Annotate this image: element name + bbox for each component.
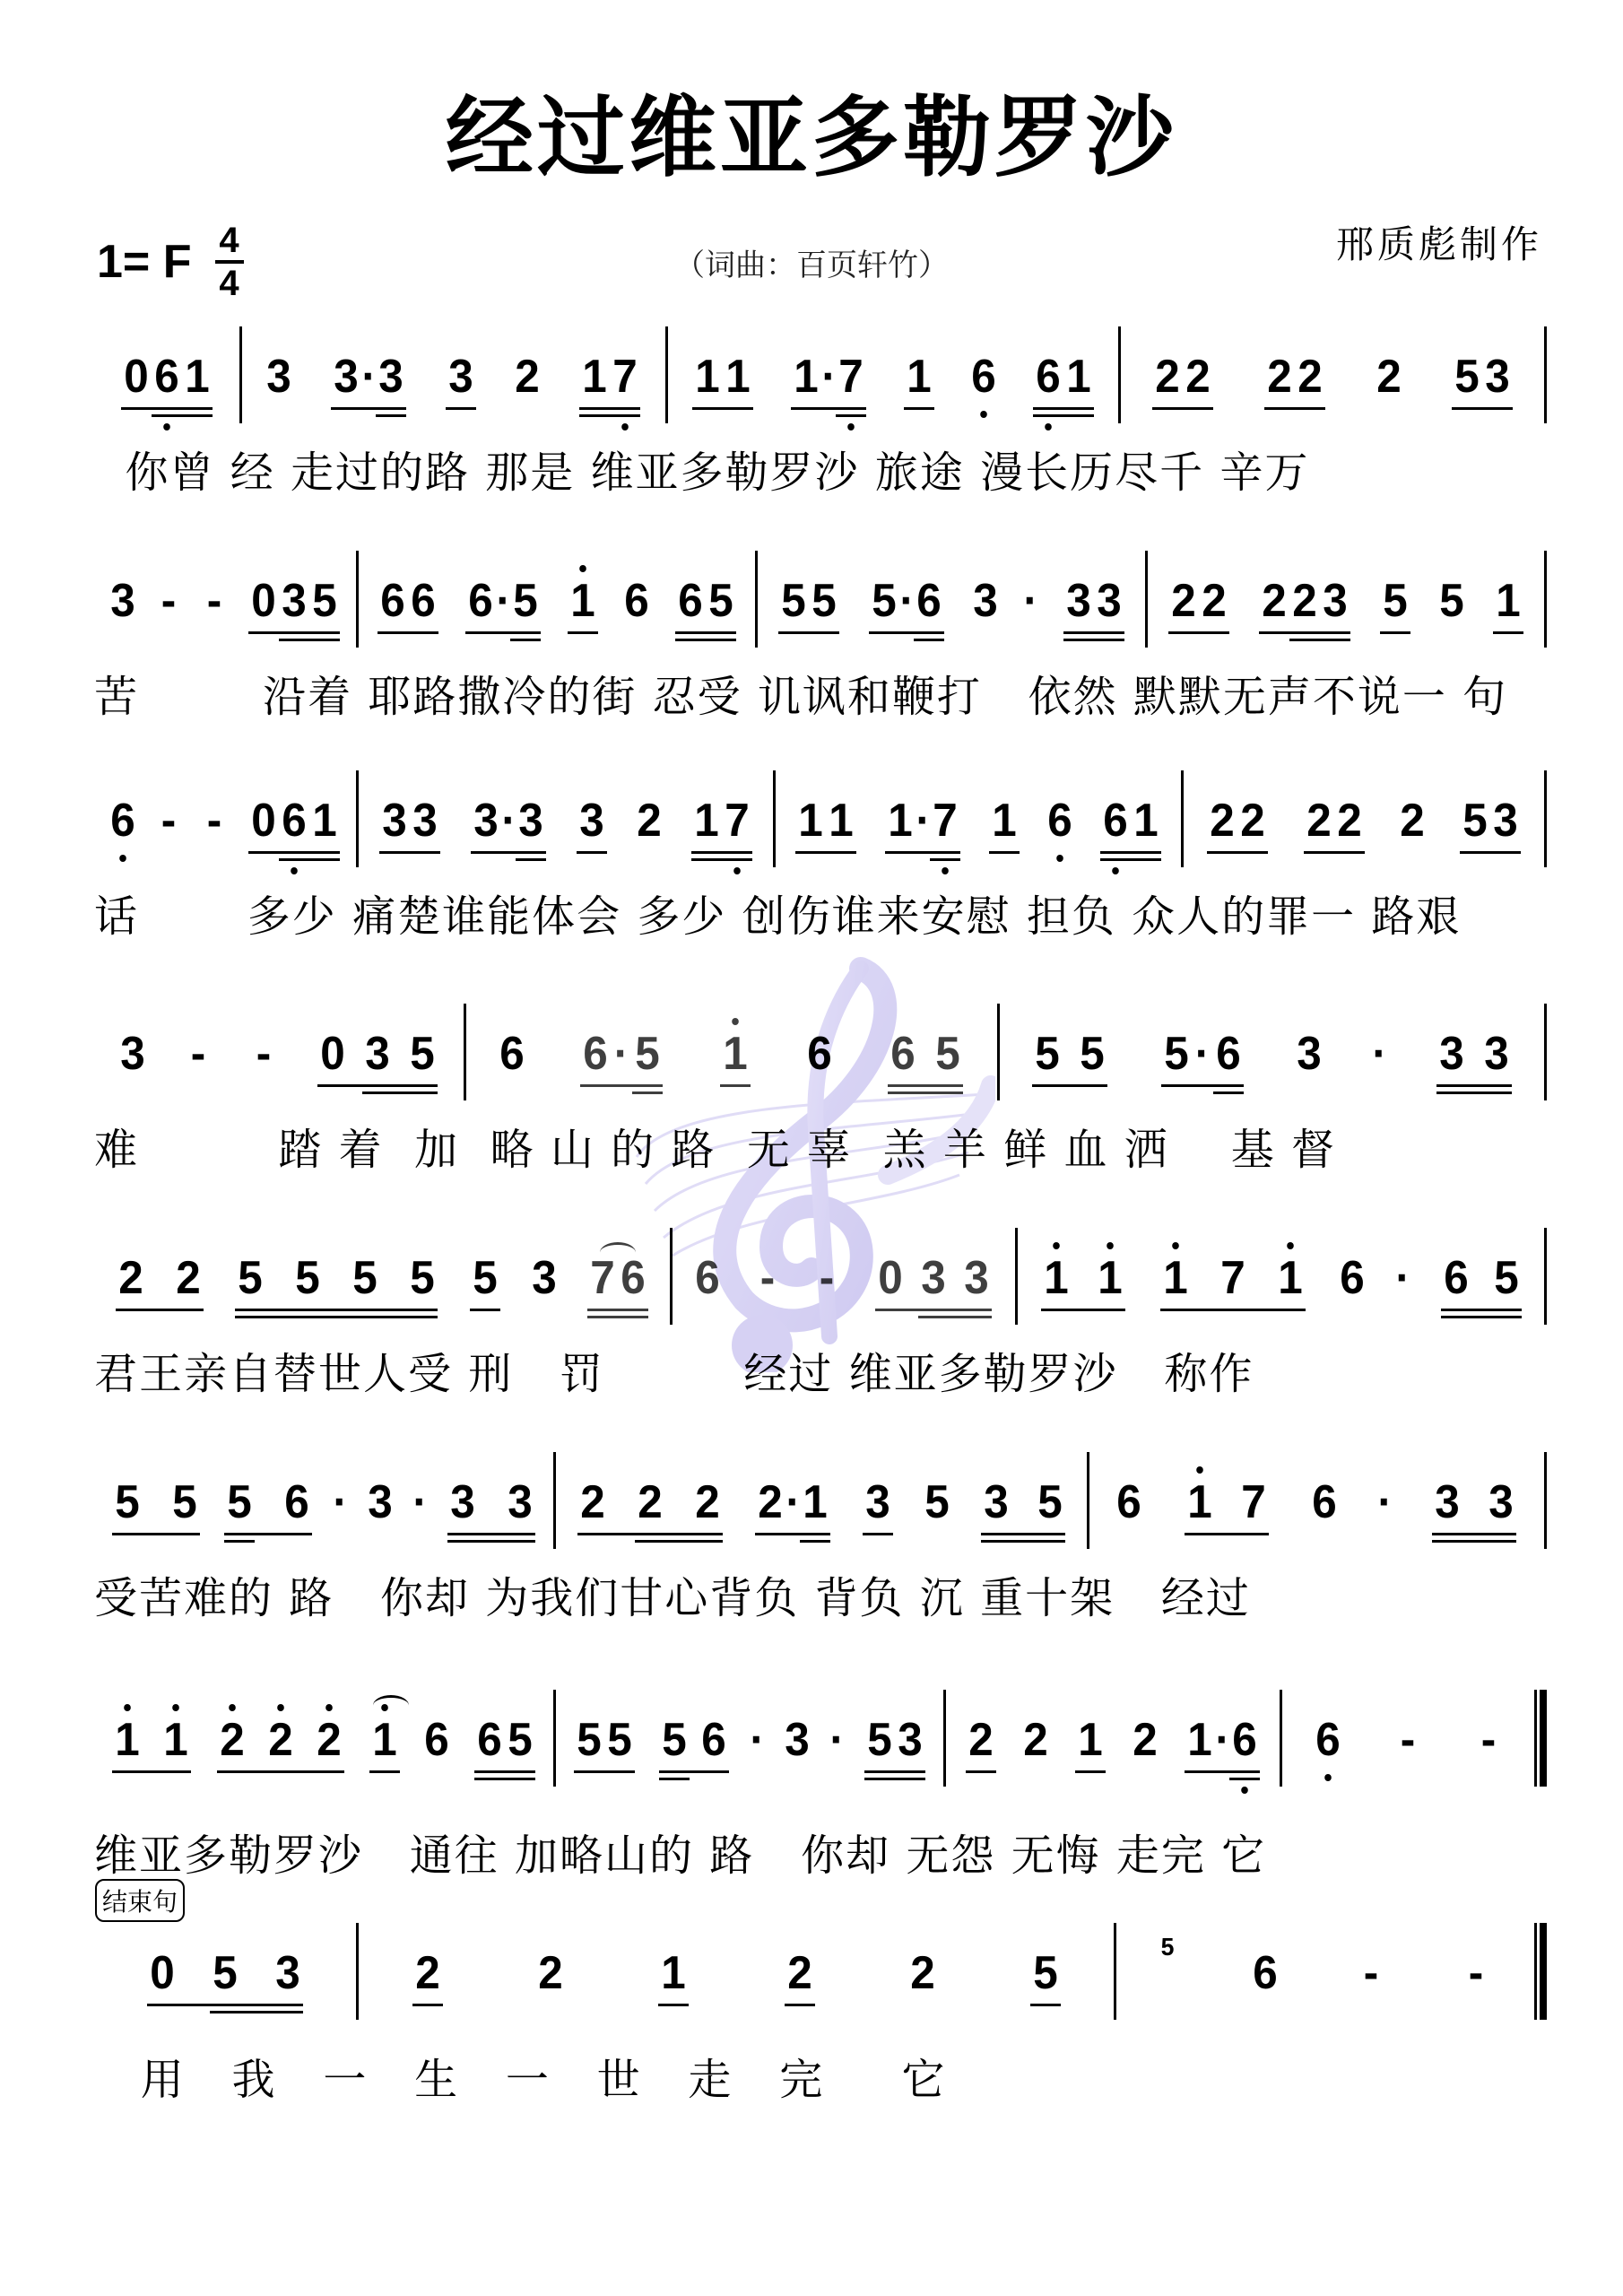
- note-group: 3 · 3: [331, 332, 406, 417]
- dash: -: [753, 1251, 782, 1305]
- note: 2: [1168, 574, 1197, 628]
- beam: [791, 407, 866, 410]
- note-group: 035: [317, 1009, 438, 1094]
- beam: [1432, 1533, 1516, 1535]
- measure: 55 5·6 3 · 33: [758, 556, 1145, 655]
- bar-line: [1544, 326, 1547, 423]
- note: 1: [1095, 1251, 1124, 1305]
- note: 6: [1034, 350, 1063, 404]
- high-octave-dot: [1053, 1242, 1060, 1249]
- note-group: 5: [1030, 1928, 1061, 2006]
- measure: 3 - - 035: [94, 556, 356, 655]
- note: 3: [971, 574, 1000, 628]
- beam: [863, 1533, 893, 1535]
- note-group: 053: [147, 1928, 303, 2013]
- beam: [1436, 1084, 1512, 1087]
- beam: [471, 851, 546, 854]
- note: 6: [699, 1713, 728, 1767]
- note-group: 22: [1152, 332, 1213, 410]
- note: 5: [511, 574, 540, 628]
- note: 6: [1314, 1713, 1342, 1767]
- beam: [121, 407, 213, 410]
- note: 2: [1398, 794, 1427, 848]
- score-line-6: 55 56 · 3 · 33 222: [94, 1457, 1547, 1637]
- beam: [864, 1778, 925, 1780]
- final-bar-line: [1534, 1923, 1547, 2020]
- note-group: 0 6 1: [121, 332, 213, 417]
- note: 3: [380, 794, 409, 848]
- beam: [795, 851, 856, 854]
- note-group: 53: [1460, 776, 1521, 854]
- note: 1: [827, 794, 855, 848]
- high-octave-dot: [1196, 1466, 1203, 1474]
- measure: 2 2 1 2 1·6: [946, 1695, 1280, 1794]
- bar-line: [1544, 551, 1547, 648]
- beam: [317, 1084, 438, 1087]
- beam: [966, 1770, 996, 1773]
- beam: [1185, 1533, 1269, 1535]
- note: 1: [1132, 794, 1160, 848]
- note: 6: [108, 794, 136, 848]
- beam: [888, 1084, 963, 1087]
- note-group: 53: [864, 1695, 925, 1780]
- beam: [632, 1091, 663, 1094]
- lyrics-row: 维亚多勒罗沙 通往 加略山的 路 你却 无怨 无悔 走完 它: [94, 1821, 1547, 1883]
- note: 1: [309, 794, 338, 848]
- note: 5: [809, 574, 838, 628]
- beam: [800, 1540, 830, 1543]
- beam: [1380, 631, 1410, 634]
- note: 1: [1064, 350, 1093, 404]
- note-group: 5·6: [869, 556, 944, 641]
- note: 6: [1046, 794, 1074, 848]
- beam: [1264, 407, 1325, 410]
- note: 6: [1310, 1475, 1339, 1529]
- note: 1: [905, 350, 933, 404]
- note: 2: [217, 1713, 246, 1767]
- note: 2: [635, 794, 664, 848]
- beam: [885, 851, 960, 854]
- note: 6: [1441, 1251, 1470, 1305]
- beam: [1033, 407, 1094, 410]
- note: 0: [248, 794, 277, 848]
- note: 5: [170, 1475, 199, 1529]
- note: 2: [1238, 794, 1267, 848]
- note-group: 76: [587, 1233, 648, 1318]
- beam: [1063, 639, 1124, 641]
- score-line-4: 3 - - 035 6 6·5 1 6 65: [94, 1009, 1547, 1188]
- note: 6: [915, 574, 943, 628]
- dot: ·: [1377, 1475, 1391, 1529]
- note: 1: [580, 350, 609, 404]
- high-octave-dot: [277, 1704, 284, 1711]
- low-octave-dot: [621, 423, 629, 430]
- note: 3: [919, 1251, 948, 1305]
- note-group: 1 7: [579, 332, 640, 417]
- beam: [412, 2004, 443, 2006]
- note-group: 6·5: [465, 556, 541, 641]
- dot: ·: [1024, 574, 1037, 628]
- notation-row: 3 - - 035 6 6·5 1 6 65: [94, 1009, 1547, 1108]
- note: 1: [792, 350, 820, 404]
- note: 6: [1214, 1027, 1243, 1081]
- bar-line: [1544, 1228, 1547, 1325]
- low-octave-dot: [980, 411, 987, 418]
- note: 5: [1036, 1475, 1064, 1529]
- beam: [362, 1091, 438, 1094]
- measure: 3 3 · 3 3 2 1 7: [242, 332, 665, 430]
- beam: [1432, 1540, 1516, 1543]
- note: 2: [1153, 350, 1182, 404]
- beam: [635, 1540, 723, 1543]
- note: 5: [923, 1475, 951, 1529]
- note: 5: [351, 1251, 379, 1305]
- note-group: 1: [369, 1695, 400, 1773]
- note: 6: [378, 574, 407, 628]
- measure: 22 223 5 5 1: [1148, 556, 1544, 655]
- beam: [1460, 851, 1521, 854]
- measure: 33 3·3 3 2 17: [359, 776, 773, 874]
- lyrics-row: 君王亲自替世人受 刑 罚 经过 维亚多勒罗沙 称作: [94, 1339, 1547, 1401]
- note: 5: [778, 574, 807, 628]
- note: 2: [513, 350, 542, 404]
- note: 1: [370, 1713, 399, 1767]
- beam: [914, 639, 944, 641]
- beam: [720, 1084, 751, 1087]
- note-group: 11: [1041, 1233, 1125, 1311]
- note: 2: [636, 1475, 664, 1529]
- note: 5: [1437, 574, 1466, 628]
- note: 6: [409, 574, 438, 628]
- note: 3: [896, 1713, 924, 1767]
- note: 3: [506, 1475, 534, 1529]
- note-group: 3: [446, 332, 476, 410]
- note: 6: [152, 350, 181, 404]
- beam: [1075, 1770, 1106, 1773]
- note-group: 5555: [235, 1233, 438, 1318]
- note-group: 61: [1100, 776, 1161, 861]
- grace-note: 5: [1159, 1934, 1175, 1961]
- dash: -: [183, 1027, 212, 1081]
- note: 2: [907, 1946, 936, 2000]
- note: 2: [117, 1251, 145, 1305]
- note-group: 222: [577, 1457, 723, 1543]
- note: 5: [1030, 1946, 1059, 2000]
- measure: 6 - -: [1282, 1695, 1534, 1794]
- note-group: 56: [659, 1695, 729, 1780]
- note: 3: [1064, 574, 1093, 628]
- beam: [904, 407, 934, 410]
- note-group: 55: [112, 1457, 200, 1535]
- note: 1: [1275, 1251, 1304, 1305]
- note: 0: [148, 1946, 177, 2000]
- low-octave-dot: [1324, 1774, 1332, 1781]
- note: 5: [660, 1713, 689, 1767]
- note: 2: [314, 1713, 343, 1767]
- song-title: 经过维亚多勒罗沙: [0, 94, 1623, 182]
- note: 2: [265, 1713, 294, 1767]
- dash: -: [1357, 1946, 1385, 2000]
- note-group: 1 1: [692, 332, 753, 410]
- note-group: 1·6: [1185, 1695, 1260, 1780]
- low-octave-dot: [163, 423, 170, 430]
- low-octave-dot: [291, 867, 298, 874]
- beam: [1441, 1316, 1522, 1318]
- note-group: 6 1: [1033, 332, 1094, 417]
- final-bar-line: [1534, 1690, 1547, 1787]
- beam: [930, 858, 960, 861]
- note: 1: [724, 350, 752, 404]
- note-group: 22: [1168, 556, 1229, 634]
- measure: 053: [94, 1928, 356, 2027]
- measure: 66 6·5 1 6 65: [359, 556, 755, 655]
- note-group: 33: [447, 1457, 535, 1543]
- note-group: 1·7: [885, 776, 960, 861]
- note: 5: [225, 1475, 254, 1529]
- note: 3: [577, 794, 606, 848]
- note: 7: [1239, 1475, 1268, 1529]
- dot: ·: [785, 1475, 799, 1529]
- beam: [248, 631, 340, 634]
- note-group: 22: [1207, 776, 1268, 854]
- dot: ·: [821, 350, 835, 404]
- note: 2: [174, 1251, 203, 1305]
- note: 3: [447, 350, 475, 404]
- note: 6: [1115, 1475, 1143, 1529]
- note: 6: [969, 350, 998, 404]
- note-group: 66: [378, 556, 438, 634]
- note: 2: [1375, 350, 1403, 404]
- high-octave-dot: [124, 1704, 131, 1711]
- note-group: 53: [1452, 332, 1513, 410]
- beam: [658, 2004, 689, 2006]
- beam: [516, 858, 546, 861]
- measure: 5 6 - -: [1116, 1928, 1534, 2027]
- note: 2: [1131, 1713, 1159, 1767]
- dot: ·: [496, 574, 509, 628]
- beam: [447, 1540, 535, 1543]
- note: 3: [376, 350, 404, 404]
- note: 6: [676, 574, 705, 628]
- measure: 6 - - 033: [673, 1233, 1015, 1332]
- note: 6: [282, 1475, 311, 1529]
- note-group: 1: [1493, 556, 1523, 634]
- dot: ·: [751, 1713, 764, 1767]
- measure: 55 56 · 3 · 53: [556, 1695, 943, 1794]
- note-group: 3·3: [471, 776, 546, 861]
- beam: [778, 631, 839, 634]
- beam: [248, 851, 340, 854]
- beam: [1289, 639, 1350, 641]
- note-group: 22: [1304, 776, 1365, 854]
- note: 3: [1321, 574, 1350, 628]
- note-group: 1: [658, 1928, 689, 2006]
- dot: ·: [501, 794, 515, 848]
- dot: ·: [361, 350, 375, 404]
- beam: [1441, 1309, 1522, 1311]
- note: 7: [931, 794, 959, 848]
- beam: [446, 407, 476, 410]
- lyrics-row: 苦 沿着 耶路撒冷的街 忍受 讥讽和鞭打 依然 默默无声不说一 句: [94, 662, 1547, 724]
- note: 6: [1251, 1946, 1280, 2000]
- note: 1: [1185, 1713, 1214, 1767]
- lyrics-row: 话 多少 痛楚谁能体会 多少 创伤谁来安慰 担负 众人的罪一 路艰: [94, 882, 1547, 944]
- beam: [465, 631, 541, 634]
- note: 6: [619, 1251, 647, 1305]
- score-line-ending: 053 2 2 1 2 2 5 5 6 - - 用 我 一 生 一 世 走 完 …: [94, 1928, 1547, 2108]
- score-line-5: 22 5555 5 3 76 6 - -: [94, 1233, 1547, 1413]
- beam: [785, 2004, 815, 2006]
- note-group: 17: [691, 776, 752, 861]
- beam: [675, 639, 736, 641]
- note: 1: [886, 794, 915, 848]
- beam: [981, 1533, 1065, 1535]
- note: 2: [578, 1475, 607, 1529]
- note: 3: [1437, 1027, 1466, 1081]
- note: 1: [568, 574, 597, 628]
- beam: [675, 631, 736, 634]
- note-group: 2: [785, 1928, 815, 2006]
- beam: [1063, 631, 1124, 634]
- beam: [474, 1770, 535, 1773]
- note: 3: [411, 794, 439, 848]
- note: 0: [248, 574, 277, 628]
- note: 6: [498, 1027, 526, 1081]
- beam: [1452, 407, 1513, 410]
- beam: [1304, 851, 1365, 854]
- bar-line: [1544, 1004, 1547, 1100]
- note: 5: [1461, 794, 1489, 848]
- dot: ·: [829, 1713, 843, 1767]
- measure: 22 22 2 53: [1121, 332, 1544, 430]
- note-group: 1 · 7: [791, 332, 866, 417]
- beam: [1493, 631, 1523, 634]
- note: 3: [1482, 1027, 1511, 1081]
- beam: [869, 631, 944, 634]
- note: 5: [707, 574, 735, 628]
- note: 0: [317, 1027, 346, 1081]
- measure: 6 - - 061: [94, 776, 356, 874]
- beam: [152, 414, 213, 417]
- note: 6: [622, 574, 651, 628]
- lyrics-row: 你曾 经 走过的路 那是 维亚多勒罗沙 旅途 漫长历尽千 辛万: [94, 438, 1547, 500]
- dash: -: [1462, 1946, 1490, 2000]
- beam: [1030, 2004, 1061, 2006]
- dot: ·: [1395, 1251, 1409, 1305]
- note: 3: [529, 1251, 558, 1305]
- measure: 55 5·6 3 · 33: [1000, 1009, 1544, 1108]
- beam: [147, 2004, 303, 2006]
- measure: 222 2·1 3 5 35: [556, 1457, 1087, 1556]
- high-octave-dot: [1107, 1242, 1114, 1249]
- note-group: 65: [474, 1695, 535, 1780]
- maker-text: 邢质彪制作: [1336, 215, 1542, 269]
- note: 1: [658, 1946, 687, 2000]
- beam: [568, 631, 598, 634]
- note: 3: [472, 794, 500, 848]
- note: 6: [279, 794, 308, 848]
- low-octave-dot: [733, 867, 741, 874]
- beam: [474, 1778, 535, 1780]
- lyrics-row: 受苦难的 路 你却 为我们甘心背负 背负 沉 重十架 经过: [94, 1563, 1547, 1625]
- dot: ·: [1372, 1027, 1385, 1081]
- beam: [1229, 1778, 1260, 1780]
- lyrics-row: 用 我 一 生 一 世 走 完 它: [94, 2045, 1547, 2107]
- beam: [1100, 858, 1161, 861]
- beam: [470, 1309, 500, 1311]
- note-group: 55: [574, 1695, 635, 1773]
- note: 1: [1160, 1251, 1189, 1305]
- beam: [235, 1316, 438, 1318]
- note: 2: [1199, 574, 1228, 628]
- beam: [981, 1540, 1065, 1543]
- note-group: 2: [412, 1928, 443, 2006]
- note-group: 6·5: [580, 1009, 663, 1094]
- beam: [217, 1770, 344, 1773]
- note: 5: [113, 1475, 142, 1529]
- dash: -: [153, 794, 182, 848]
- beam: [1207, 851, 1268, 854]
- beam: [1436, 1091, 1512, 1094]
- note-group: 22: [116, 1233, 204, 1311]
- beam: [888, 1091, 963, 1094]
- note: 7: [611, 350, 639, 404]
- notation-row: 11 222 1 6 65 55: [94, 1695, 1547, 1794]
- beam: [577, 1533, 723, 1535]
- beam: [918, 1316, 992, 1318]
- note: 3: [1491, 794, 1520, 848]
- measure: 55 56 · 3 · 33: [94, 1457, 553, 1556]
- dot: ·: [612, 1027, 632, 1081]
- note: 2: [756, 1475, 785, 1529]
- note: 1: [1494, 574, 1523, 628]
- beam: [577, 851, 607, 854]
- measure: 11 222 1 6 65: [94, 1695, 553, 1794]
- measure: 22 5555 5 3 76: [94, 1233, 670, 1332]
- beam: [691, 858, 752, 861]
- measure: 6 6·5 1 6 65: [466, 1009, 997, 1108]
- beam: [279, 858, 340, 861]
- note: 2: [785, 1946, 813, 2000]
- beam: [1032, 1084, 1107, 1087]
- note: 5: [633, 1027, 662, 1081]
- high-octave-dot: [579, 565, 586, 572]
- note-group: 222: [217, 1695, 344, 1773]
- note: 1: [113, 1713, 142, 1767]
- beam: [376, 414, 406, 417]
- note: 1: [1041, 1251, 1070, 1305]
- bar-line: [1544, 770, 1547, 867]
- note: 3: [1433, 1475, 1462, 1529]
- note-group: 33: [1436, 1009, 1512, 1094]
- note: 3: [516, 794, 545, 848]
- beam: [224, 1533, 312, 1535]
- note: 3: [1483, 350, 1512, 404]
- note: 3: [265, 350, 293, 404]
- note: 3: [962, 1251, 991, 1305]
- note: 5: [1381, 574, 1410, 628]
- note: 1: [183, 350, 212, 404]
- beam: [1161, 1084, 1244, 1087]
- note: 1: [796, 794, 825, 848]
- dot: ·: [1193, 1027, 1213, 1081]
- note-group: 65: [888, 1009, 963, 1094]
- beam: [574, 1770, 635, 1773]
- beam: [279, 639, 340, 641]
- note: 6: [1101, 794, 1130, 848]
- beam: [1259, 631, 1350, 634]
- note: 7: [723, 794, 751, 848]
